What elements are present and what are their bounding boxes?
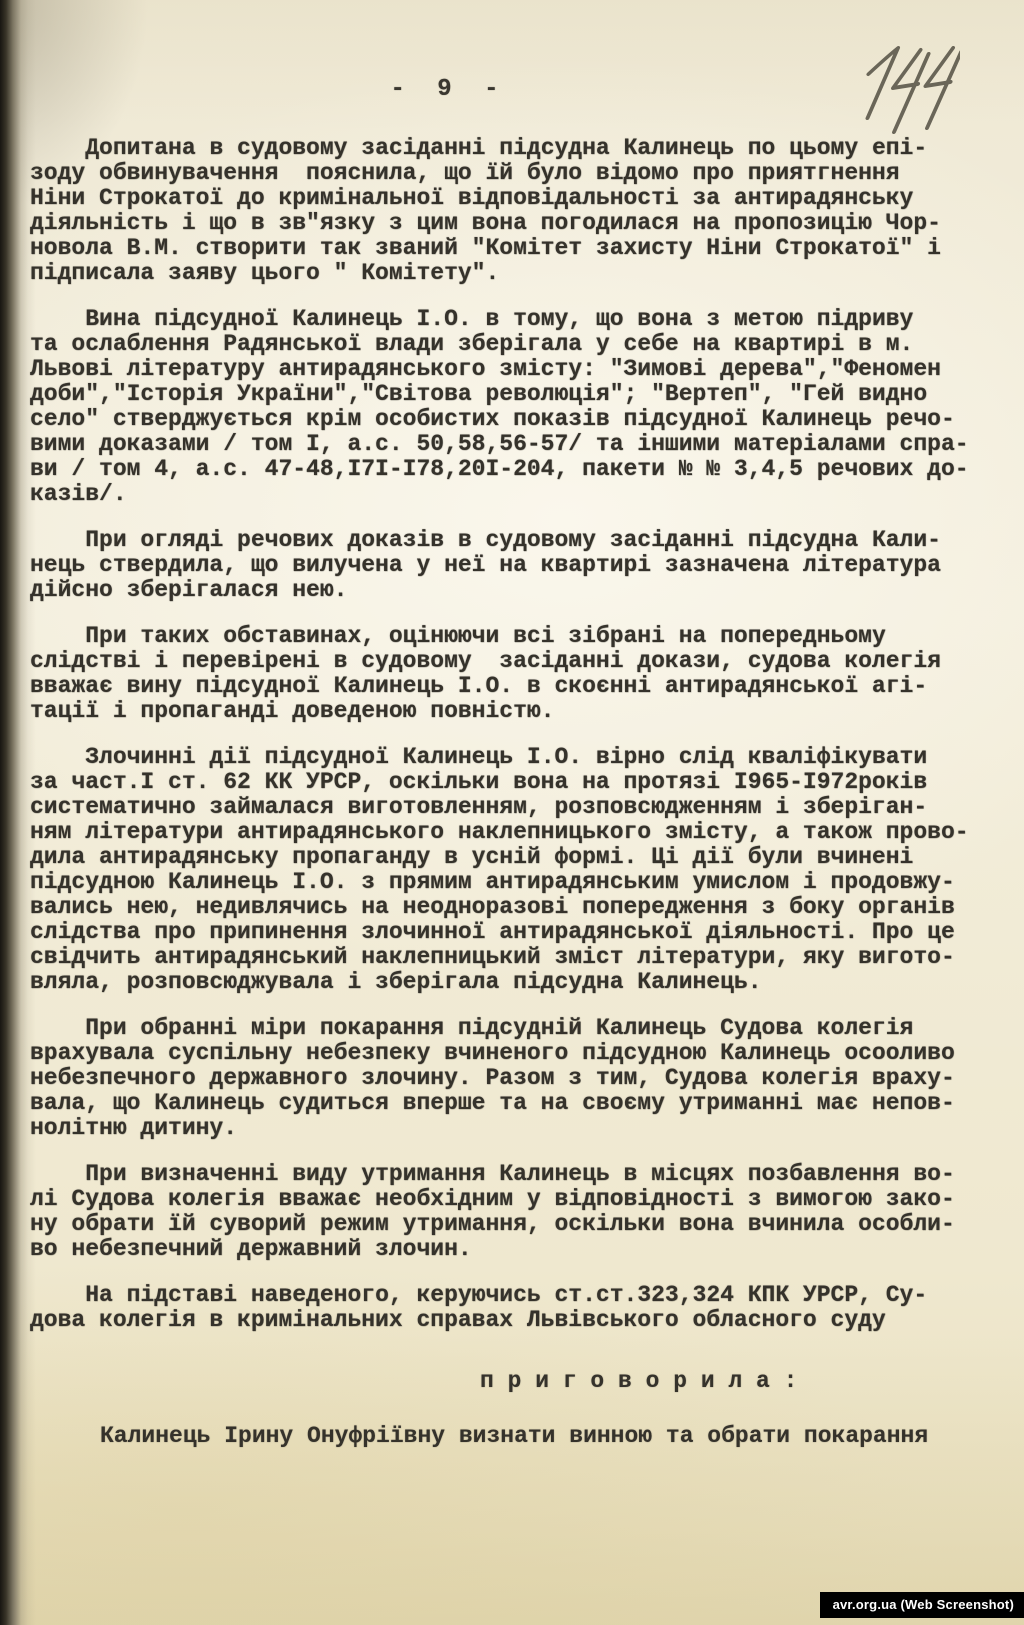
paragraph-guilt-evidence: Вина підсудної Калинець І.О. в тому, що …	[30, 307, 998, 507]
handwritten-page-number: 144	[840, 44, 960, 149]
paragraph-interrogation: Допитана в судовому засіданні підсудна К…	[30, 136, 998, 286]
paragraph-court-conclusion: При таких обставинах, оцінюючи всі зібра…	[30, 624, 998, 724]
handwritten-144-strokes	[840, 44, 960, 149]
document-body: Допитана в судовому засіданні підсудна К…	[30, 136, 998, 1449]
paragraph-punishment-considerations: При обранні міри покарання підсудній Кал…	[30, 1016, 998, 1141]
scanned-document-page: - 9 - 144 Допитана в судовому засіданні …	[0, 0, 1024, 1625]
paragraph-evidence-review: При огляді речових доказів в судовому за…	[30, 528, 998, 603]
typed-page-number: - 9 -	[374, 76, 524, 103]
paragraph-detention-regime: При визначенні виду утримання Калинець в…	[30, 1162, 998, 1262]
closing-line: Калинець Ірину Онуфріївну визнати винною…	[100, 1424, 998, 1449]
paragraph-qualification: Злочинні дії підсудної Калинець І.О. вір…	[30, 745, 998, 995]
watermark-badge: avr.org.ua (Web Screenshot)	[820, 1592, 1024, 1618]
paragraph-legal-basis: На підставі наведеного, керуючись ст.ст.…	[30, 1283, 998, 1333]
verdict-heading: п р и г о в о р и л а :	[480, 1369, 998, 1394]
